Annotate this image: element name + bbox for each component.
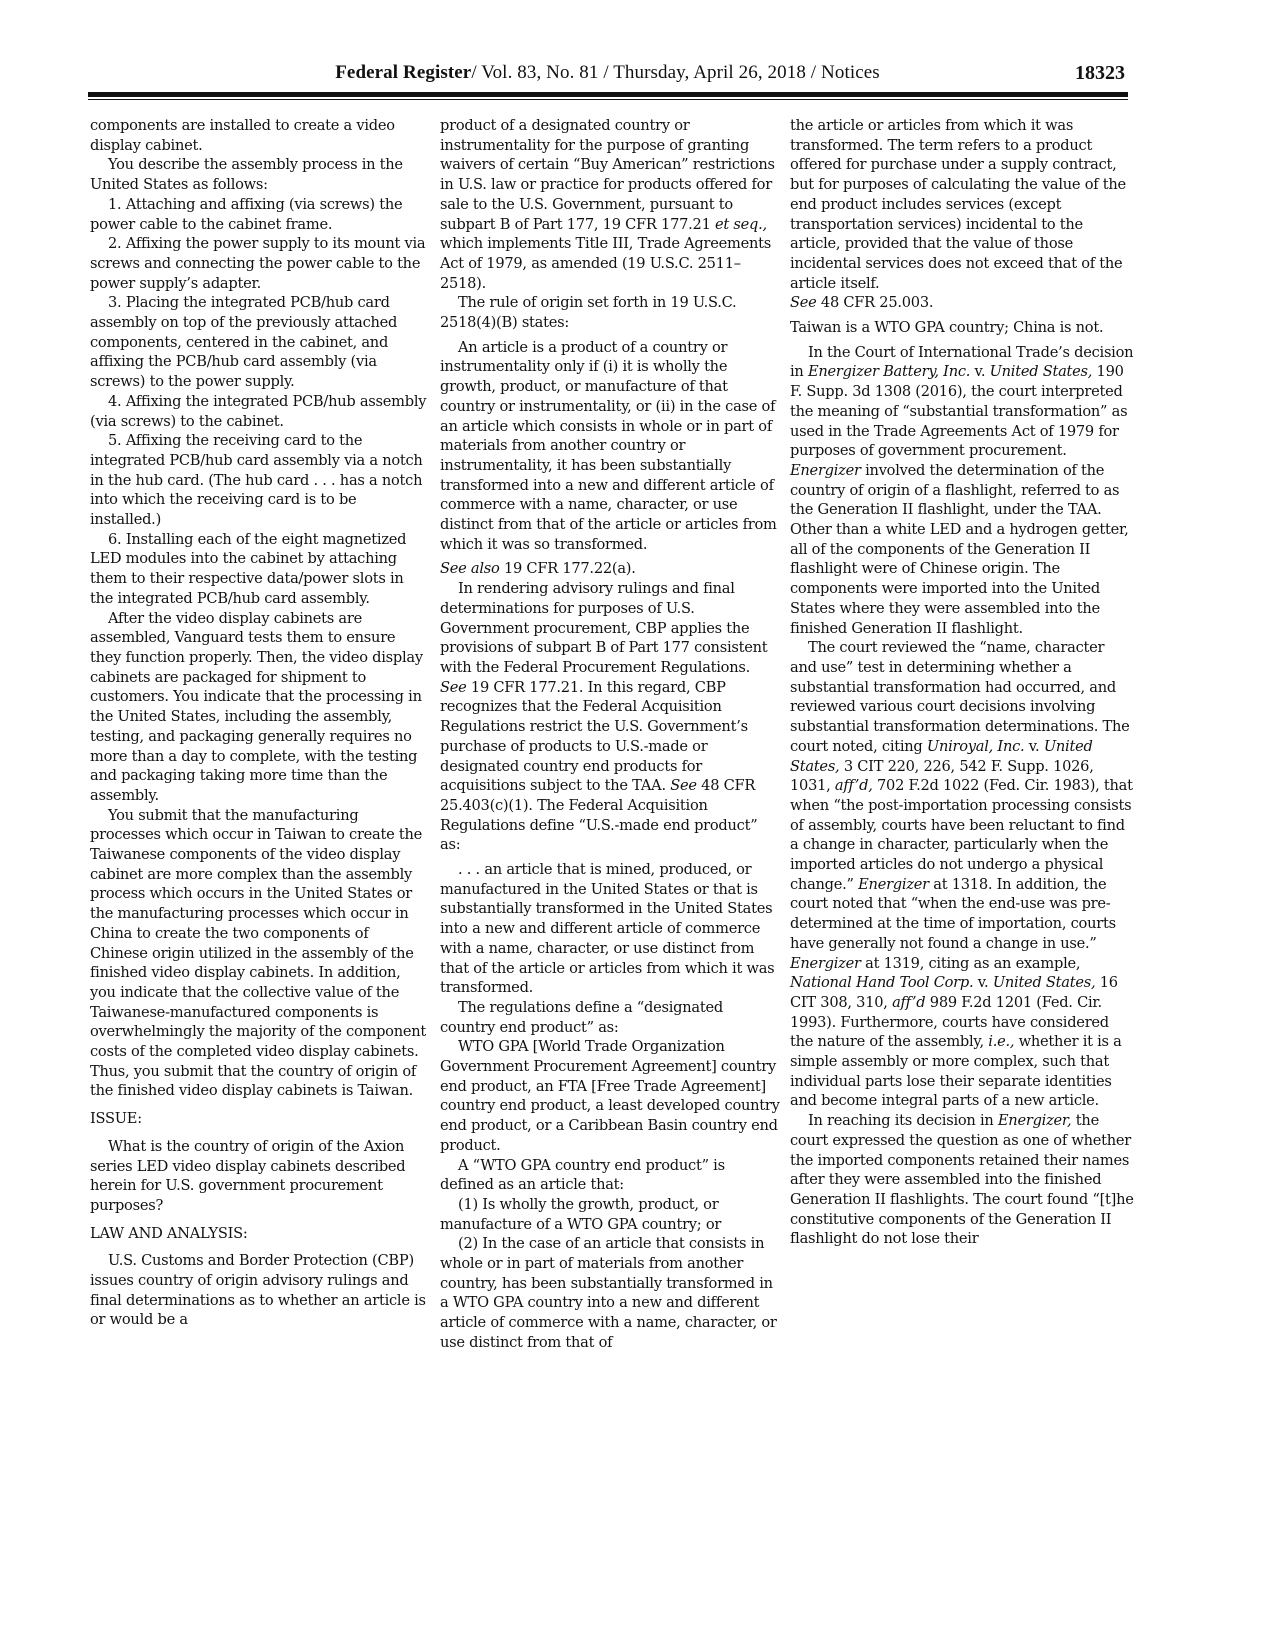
case-name: Uniroyal, Inc. [927,738,1025,755]
text-run: v. [1024,738,1043,755]
case-name: Energizer [858,876,929,893]
text-run: v. [970,363,989,380]
text-run: 19 CFR 177.22(a). [500,560,636,577]
list-item-step-2: 2. Affixing the power supply to its moun… [90,234,430,293]
paragraph: In the Court of International Trade’s de… [790,343,1135,639]
italic-text: et seq., [715,216,767,233]
column-2: product of a designated country or instr… [440,116,780,1353]
paragraph: The court reviewed the “name, character … [790,638,1135,1111]
section-heading-issue: ISSUE: [90,1109,430,1129]
paragraph: In reaching its decision in Energizer, t… [790,1111,1135,1249]
list-item-step-5: 5. Affixing the receiving card to the in… [90,431,430,530]
italic-text: aff’d [892,994,925,1011]
paragraph: product of a designated country or instr… [440,116,780,293]
paragraph: the article or articles from which it wa… [790,116,1135,293]
paragraph: A “WTO GPA country end product” is defin… [440,1156,780,1195]
text-run: involved the determination of the countr… [790,462,1129,637]
list-item-step-4: 4. Affixing the integrated PCB/hub assem… [90,392,430,431]
list-item-step-3: 3. Placing the integrated PCB/hub card a… [90,293,430,392]
italic-text: aff’d, [835,777,873,794]
column-3: the article or articles from which it wa… [790,116,1135,1249]
case-name: Energizer [790,955,861,972]
paragraph: The rule of origin set forth in 19 U.S.C… [440,293,780,332]
publication-name: Federal Register [335,62,471,83]
running-header: Federal Register/ Vol. 83, No. 81 / Thur… [90,62,1125,88]
paragraph: You describe the assembly process in the… [90,155,430,194]
paragraph: The regulations define a “designated cou… [440,998,780,1037]
list-item: (2) In the case of an article that consi… [440,1234,780,1352]
italic-text: i.e., [988,1033,1014,1050]
column-1: components are installed to create a vid… [90,116,430,1330]
text-run: In rendering advisory rulings and final … [440,580,767,676]
text-run: the court expressed the question as one … [790,1112,1134,1247]
header-title: Federal Register/ Vol. 83, No. 81 / Thur… [90,62,1125,84]
italic-text: See also [440,560,500,577]
case-name: United States, [993,974,1096,991]
paragraph: Taiwan is a WTO GPA country; China is no… [790,318,1135,338]
text-run: at 1319, citing as an example, [861,955,1081,972]
header-rule-thin [88,99,1128,100]
paragraph: What is the country of origin of the Axi… [90,1137,430,1216]
block-quote: . . . an article that is mined, produced… [440,860,780,998]
issue-info: / Vol. 83, No. 81 / Thursday, April 26, … [471,62,879,83]
case-name: Energizer, [998,1112,1072,1129]
list-item-step-6: 6. Installing each of the eight magnetiz… [90,530,430,609]
paragraph: components are installed to create a vid… [90,116,430,155]
italic-text: See [790,294,817,311]
list-item: (1) Is wholly the growth, product, or ma… [440,1195,780,1234]
paragraph: You submit that the manufacturing proces… [90,806,430,1102]
section-heading-law-analysis: LAW AND ANALYSIS: [90,1224,430,1244]
text-run: v. [973,974,992,991]
citation: See also 19 CFR 177.22(a). [440,559,780,579]
text-run: which implements Title III, Trade Agreem… [440,235,771,291]
paragraph: After the video display cabinets are ass… [90,609,430,806]
paragraph: U.S. Customs and Border Protection (CBP)… [90,1251,430,1330]
case-name: National Hand Tool Corp. [790,974,973,991]
text-run: In reaching its decision in [808,1112,998,1129]
block-quote: WTO GPA [World Trade Organization Govern… [440,1037,780,1155]
list-item-step-1: 1. Attaching and affixing (via screws) t… [90,195,430,234]
case-name: Energizer Battery, Inc. [808,363,970,380]
italic-text: See [440,679,467,696]
case-name: Energizer [790,462,861,479]
paragraph: In rendering advisory rulings and final … [440,579,780,855]
italic-text: See [670,777,697,794]
header-rule-thick [88,92,1128,97]
case-name: United States, [990,363,1093,380]
page-number: 18323 [1075,62,1125,85]
text-run: 48 CFR 25.003. [817,294,934,311]
block-quote: An article is a product of a country or … [440,338,780,555]
citation: See 48 CFR 25.003. [790,293,1135,313]
